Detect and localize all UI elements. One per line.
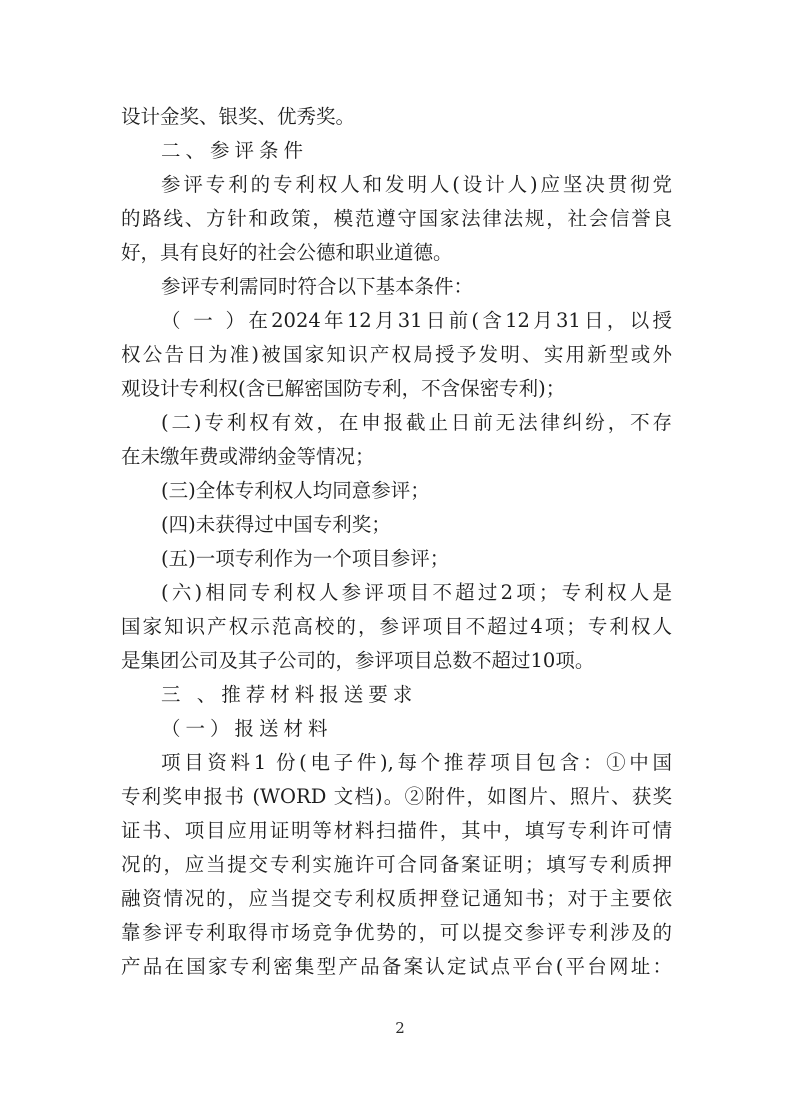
text-line: 设计金奖、银奖、优秀奖。 (121, 100, 672, 134)
text-line: （一）报送材料 (121, 712, 672, 746)
text-line: 二、参评条件 (121, 134, 672, 168)
paragraph: 二、参评条件 (121, 134, 672, 168)
text-line: (四)未获得过中国专利奖； (121, 508, 672, 542)
document-body: 设计金奖、银奖、优秀奖。二、参评条件参评专利的专利权人和发明人(设计人)应坚决贯… (121, 100, 672, 984)
text-line: 证书、项目应用证明等材料扫描件，其中，填写专利许可情 (121, 814, 672, 848)
paragraph: 参评专利的专利权人和发明人(设计人)应坚决贯彻党的路线、方针和政策，模范遵守国家… (121, 168, 672, 270)
text-line: 融资情况的，应当提交专利权质押登记通知书；对于主要依 (121, 882, 672, 916)
text-line: 三 、推荐材料报送要求 (121, 678, 672, 712)
text-line: 好，具有良好的社会公德和职业道德。 (121, 236, 672, 270)
paragraph: (二)专利权有效，在申报截止日前无法律纠纷，不存在未缴年费或滞纳金等情况； (121, 406, 672, 474)
text-line: (三)全体专利权人均同意参评； (121, 474, 672, 508)
text-line: 参评专利需同时符合以下基本条件： (121, 270, 672, 304)
text-line: 项目资料1 份(电子件),每个推荐项目包含：①中国 (121, 746, 672, 780)
paragraph: 项目资料1 份(电子件),每个推荐项目包含：①中国专利奖申报书 (WORD 文档… (121, 746, 672, 984)
paragraph: 参评专利需同时符合以下基本条件： (121, 270, 672, 304)
text-line: （ 一 ）在2024年12月31日前(含12月31日，以授 (121, 304, 672, 338)
text-line: 的路线、方针和政策，模范遵守国家法律法规，社会信誉良 (121, 202, 672, 236)
paragraph: (五)一项专利作为一个项目参评； (121, 542, 672, 576)
text-line: (二)专利权有效，在申报截止日前无法律纠纷，不存 (121, 406, 672, 440)
page-number: 2 (0, 1019, 800, 1037)
text-line: 观设计专利权(含已解密国防专利，不含保密专利)； (121, 372, 672, 406)
text-line: 是集团公司及其子公司的，参评项目总数不超过10项。 (121, 644, 672, 678)
text-line: 权公告日为准)被国家知识产权局授予发明、实用新型或外 (121, 338, 672, 372)
paragraph: (四)未获得过中国专利奖； (121, 508, 672, 542)
text-line: 况的，应当提交专利实施许可合同备案证明；填写专利质押 (121, 848, 672, 882)
text-line: 靠参评专利取得市场竞争优势的，可以提交参评专利涉及的 (121, 916, 672, 950)
paragraph: 设计金奖、银奖、优秀奖。 (121, 100, 672, 134)
text-line: 国家知识产权示范高校的，参评项目不超过4项；专利权人 (121, 610, 672, 644)
text-line: 专利奖申报书 (WORD 文档)。②附件，如图片、照片、获奖 (121, 780, 672, 814)
text-line: (五)一项专利作为一个项目参评； (121, 542, 672, 576)
paragraph: （一）报送材料 (121, 712, 672, 746)
text-line: (六)相同专利权人参评项目不超过2项；专利权人是 (121, 576, 672, 610)
document-page: 设计金奖、银奖、优秀奖。二、参评条件参评专利的专利权人和发明人(设计人)应坚决贯… (0, 0, 800, 1118)
paragraph: (六)相同专利权人参评项目不超过2项；专利权人是国家知识产权示范高校的，参评项目… (121, 576, 672, 678)
paragraph: （ 一 ）在2024年12月31日前(含12月31日，以授权公告日为准)被国家知… (121, 304, 672, 406)
paragraph: 三 、推荐材料报送要求 (121, 678, 672, 712)
paragraph: (三)全体专利权人均同意参评； (121, 474, 672, 508)
text-line: 参评专利的专利权人和发明人(设计人)应坚决贯彻党 (121, 168, 672, 202)
text-line: 在未缴年费或滞纳金等情况； (121, 440, 672, 474)
text-line: 产品在国家专利密集型产品备案认定试点平台(平台网址： (121, 950, 672, 984)
